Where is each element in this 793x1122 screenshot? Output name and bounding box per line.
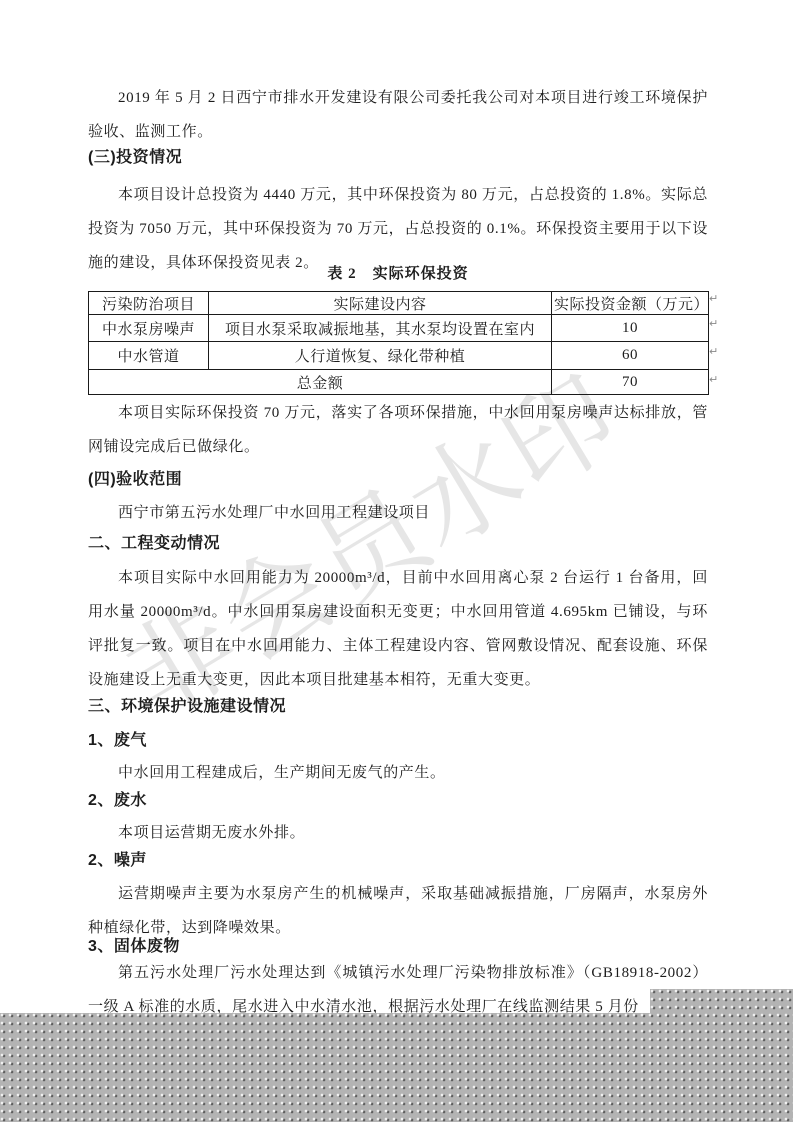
- outside-page-area: [650, 989, 793, 1015]
- heading-noise: 2、噪声: [88, 849, 708, 873]
- cell-content: 项目水泵采取减振地基，其水泵均设置在室内: [209, 315, 552, 342]
- paragraph-changes: 本项目实际中水回用能力为 20000m³/d，目前中水回用离心泵 2 台运行 1…: [88, 561, 708, 697]
- cell-total-value: 70: [552, 370, 709, 395]
- paragraph-waste-gas: 中水回用工程建成后，生产期间无废气的产生。: [88, 756, 708, 790]
- heading-wastewater: 2、废水: [88, 789, 708, 813]
- table-total-row: 总金额 70: [89, 370, 709, 395]
- paragraph-mark-icon: ↵: [709, 346, 725, 357]
- cell-amount: 10: [552, 315, 709, 342]
- paragraph-mark-icon: ↵: [709, 374, 725, 385]
- header-investment-amount: 实际投资金额（万元）: [552, 292, 709, 315]
- cell-content: 人行道恢复、绿化带种植: [209, 342, 552, 370]
- table-row: 中水管道 人行道恢复、绿化带种植 60: [89, 342, 709, 370]
- heading-waste-gas: 1、废气: [88, 729, 708, 753]
- paragraph-scope: 西宁市第五污水处理厂中水回用工程建设项目: [88, 496, 708, 530]
- document-page: { "watermark": { "text": "非会员水印" }, "par…: [0, 0, 793, 1122]
- paragraph-wastewater: 本项目运营期无废水外排。: [88, 816, 708, 850]
- cell-item: 中水管道: [89, 342, 209, 370]
- heading-acceptance-scope: (四)验收范围: [88, 468, 708, 492]
- heading-env-facilities: 三、环境保护设施建设情况: [88, 695, 708, 719]
- cell-amount: 60: [552, 342, 709, 370]
- outside-page-area: [0, 1013, 793, 1122]
- paragraph-after-table: 本项目实际环保投资 70 万元，落实了各项环保措施，中水回用泵房噪声达标排放，管…: [88, 396, 708, 464]
- heading-investment: (三)投资情况: [88, 146, 708, 170]
- cell-total-label: 总金额: [89, 370, 552, 395]
- cell-item: 中水泵房噪声: [89, 315, 209, 342]
- heading-project-changes: 二、工程变动情况: [88, 532, 708, 556]
- table-row: 中水泵房噪声 项目水泵采取减振地基，其水泵均设置在室内 10: [89, 315, 709, 342]
- table-header-row: 污染防治项目 实际建设内容 实际投资金额（万元）: [89, 292, 709, 315]
- investment-table: 污染防治项目 实际建设内容 实际投资金额（万元） 中水泵房噪声 项目水泵采取减振…: [88, 291, 708, 395]
- paragraph-mark-icon: ↵: [709, 318, 725, 329]
- paragraph-intro: 2019 年 5 月 2 日西宁市排水开发建设有限公司委托我公司对本项目进行竣工…: [88, 81, 708, 149]
- header-construction-content: 实际建设内容: [209, 292, 552, 315]
- paragraph-mark-icon: ↵: [709, 293, 725, 304]
- table-caption: 表 2 实际环保投资: [88, 262, 708, 286]
- header-pollution-item: 污染防治项目: [89, 292, 209, 315]
